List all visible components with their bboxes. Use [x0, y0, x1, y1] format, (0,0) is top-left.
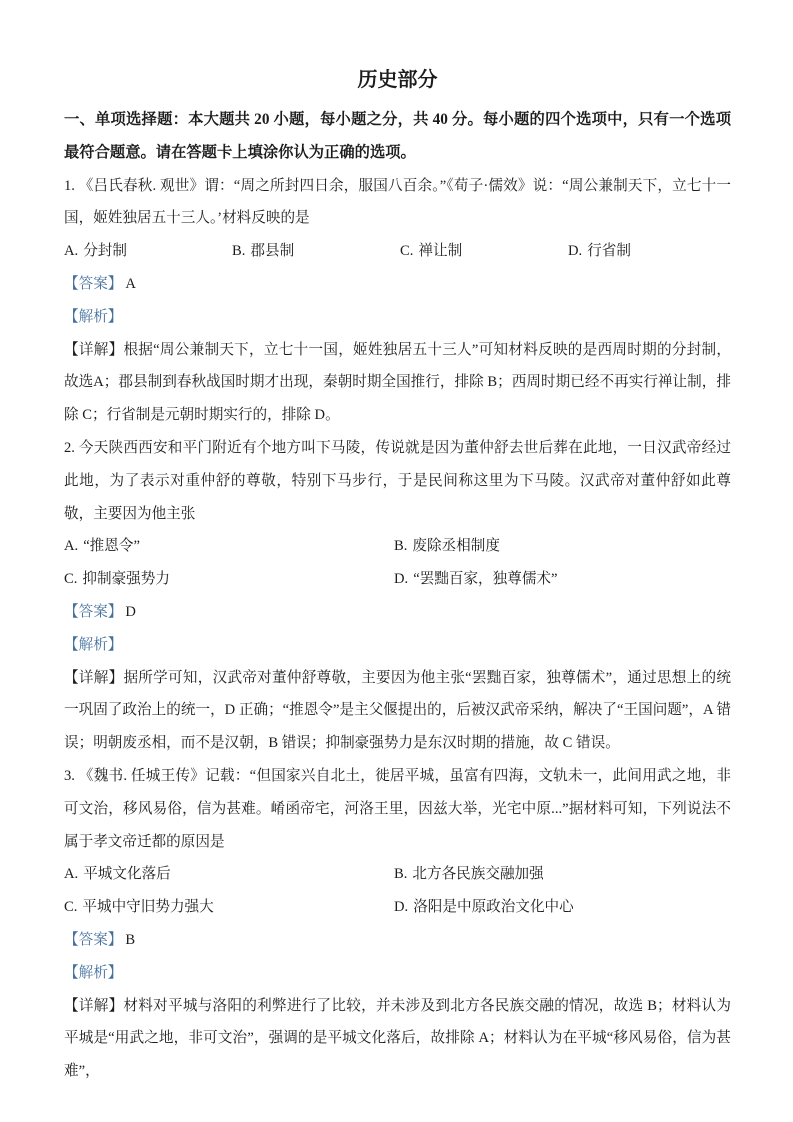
- option-c: C.禅让制: [400, 235, 568, 268]
- option-key: C.: [64, 899, 77, 915]
- detail-text: 材料对平城与洛阳的利弊进行了比较，并未涉及到北方各民族交融的情况，故选 B；材料…: [64, 998, 731, 1080]
- option-b: B.废除丞相制度: [394, 530, 731, 563]
- option-a: A.分封制: [64, 235, 232, 268]
- question-2-answer-line: 【答案】D: [64, 596, 731, 629]
- question-2-analysis-line: 【解析】: [64, 629, 731, 662]
- question-1-options: A.分封制 B.郡县制 C.禅让制 D.行省制: [64, 235, 731, 268]
- option-text: 平城中守旧势力强大: [82, 899, 213, 915]
- question-2-detail: 【详解】据所学可知，汉武帝对董仲舒尊敬，主要因为他主张“罢黜百家，独尊儒术”，通…: [64, 662, 731, 760]
- option-text: “罢黜百家，独尊儒术”: [413, 571, 557, 587]
- question-1-detail: 【详解】根据“周公兼制天下，立七十一国，姬姓独居五十三人”可知材料反映的是西周时…: [64, 334, 731, 432]
- answer-value: D: [125, 604, 136, 620]
- question-3-analysis-line: 【解析】: [64, 957, 731, 990]
- answer-label: 【答案】: [64, 276, 122, 292]
- question-2-options: A.“推恩令” B.废除丞相制度 C.抑制豪强势力 D.“罢黜百家，独尊儒术”: [64, 530, 731, 596]
- detail-text: 根据“周公兼制天下，立七十一国，姬姓独居五十三人”可知材料反映的是西周时期的分封…: [64, 342, 731, 424]
- option-b: B.北方各民族交融加强: [394, 858, 731, 891]
- question-1-stem: 1. 《吕氏春秋. 观世》谓：“周之所封四日余，服国八百余。”《荀子·儒效》说：…: [64, 170, 731, 236]
- option-key: D.: [568, 243, 582, 259]
- question-text: 《吕氏春秋. 观世》谓：“周之所封四日余，服国八百余。”《荀子·儒效》说：“周公…: [64, 178, 731, 227]
- option-a: A.平城文化落后: [64, 858, 394, 891]
- answer-value: A: [125, 276, 136, 292]
- question-text: 今天陕西西安和平门附近有个地方叫下马陵，传说就是因为董仲舒去世后葬在此地，一日汉…: [64, 440, 731, 522]
- option-key: C.: [64, 571, 77, 587]
- question-1: 1. 《吕氏春秋. 观世》谓：“周之所封四日余，服国八百余。”《荀子·儒效》说：…: [64, 170, 731, 432]
- question-3-answer-line: 【答案】B: [64, 924, 731, 957]
- question-2-stem: 2. 今天陕西西安和平门附近有个地方叫下马陵，传说就是因为董仲舒去世后葬在此地，…: [64, 432, 731, 530]
- analysis-label: 【解析】: [64, 309, 122, 325]
- answer-value: B: [125, 932, 135, 948]
- option-b: B.郡县制: [232, 235, 400, 268]
- option-text: 郡县制: [250, 243, 294, 259]
- option-text: 平城文化落后: [83, 866, 171, 882]
- option-a: A.“推恩令”: [64, 530, 394, 563]
- option-key: B.: [394, 538, 407, 554]
- question-number: 3.: [64, 768, 75, 784]
- option-key: B.: [232, 243, 245, 259]
- option-text: 废除丞相制度: [412, 538, 500, 554]
- option-key: A.: [64, 538, 78, 554]
- option-d: D.行省制: [568, 235, 631, 268]
- option-text: 抑制豪强势力: [82, 571, 170, 587]
- question-3: 3. 《魏书. 任城王传》记载：“但国家兴自北土，徙居平城，虽富有四海，文轨未一…: [64, 760, 731, 1088]
- question-1-answer-line: 【答案】A: [64, 268, 731, 301]
- detail-label: 【详解】: [64, 670, 123, 686]
- option-text: 分封制: [83, 243, 127, 259]
- question-text: 《魏书. 任城王传》记载：“但国家兴自北土，徙居平城，虽富有四海，文轨未一，此间…: [64, 768, 731, 850]
- detail-text: 据所学可知，汉武帝对董仲舒尊敬，主要因为他主张“罢黜百家，独尊儒术”，通过思想上…: [64, 670, 731, 752]
- option-text: 行省制: [587, 243, 631, 259]
- option-key: B.: [394, 866, 407, 882]
- option-text: 禅让制: [418, 243, 462, 259]
- detail-label: 【详解】: [64, 342, 123, 358]
- analysis-label: 【解析】: [64, 965, 122, 981]
- option-key: C.: [400, 243, 413, 259]
- option-d: D.洛阳是中原政治文化中心: [394, 891, 731, 924]
- option-key: A.: [64, 243, 78, 259]
- option-key: D.: [394, 571, 408, 587]
- option-text: 北方各民族交融加强: [412, 866, 543, 882]
- option-c: C.平城中守旧势力强大: [64, 891, 394, 924]
- analysis-label: 【解析】: [64, 637, 122, 653]
- document-page: 历史部分 一、单项选择题：本大题共 20 小题，每小题之分，共 40 分。每小题…: [0, 0, 793, 1122]
- option-key: D.: [394, 899, 408, 915]
- option-text: “推恩令”: [83, 538, 140, 554]
- answer-label: 【答案】: [64, 932, 122, 948]
- question-number: 2.: [64, 440, 75, 456]
- answer-label: 【答案】: [64, 604, 122, 620]
- section-intro: 一、单项选择题：本大题共 20 小题，每小题之分，共 40 分。每小题的四个选项…: [64, 104, 731, 170]
- option-key: A.: [64, 866, 78, 882]
- question-2: 2. 今天陕西西安和平门附近有个地方叫下马陵，传说就是因为董仲舒去世后葬在此地，…: [64, 432, 731, 760]
- question-number: 1.: [64, 178, 75, 194]
- detail-label: 【详解】: [64, 998, 123, 1014]
- question-1-analysis-line: 【解析】: [64, 301, 731, 334]
- option-text: 洛阳是中原政治文化中心: [413, 899, 574, 915]
- option-c: C.抑制豪强势力: [64, 563, 394, 596]
- question-3-options: A.平城文化落后 B.北方各民族交融加强 C.平城中守旧势力强大 D.洛阳是中原…: [64, 858, 731, 924]
- question-3-stem: 3. 《魏书. 任城王传》记载：“但国家兴自北土，徙居平城，虽富有四海，文轨未一…: [64, 760, 731, 858]
- option-d: D.“罢黜百家，独尊儒术”: [394, 563, 731, 596]
- page-title: 历史部分: [64, 64, 731, 96]
- question-3-detail: 【详解】材料对平城与洛阳的利弊进行了比较，并未涉及到北方各民族交融的情况，故选 …: [64, 990, 731, 1088]
